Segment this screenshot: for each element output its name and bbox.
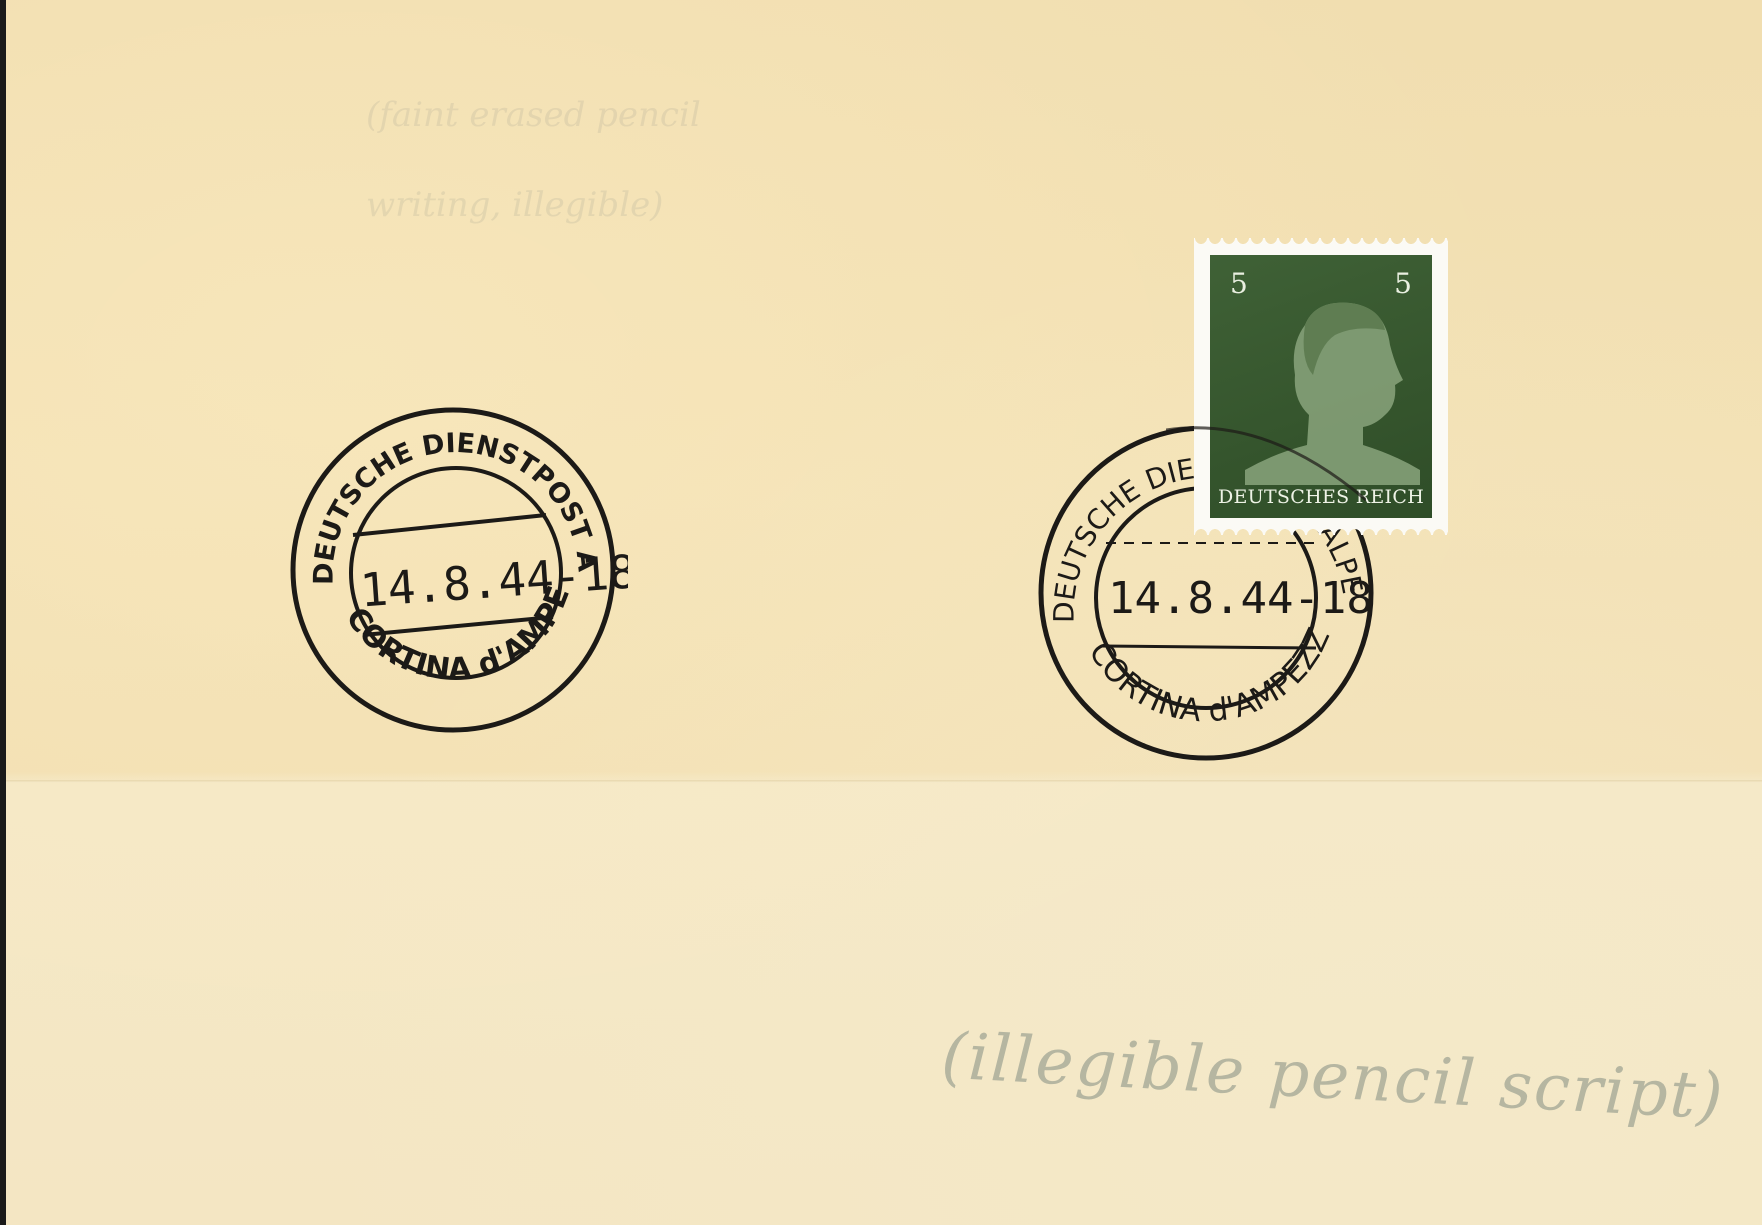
cancellation-lines: [1166, 420, 1366, 560]
postmark-right-date: 14.8.44-18: [1108, 573, 1373, 624]
postal-card: (faint erased pencil writing, illegible)…: [6, 0, 1762, 1225]
erased-pencil-note: (faint erased pencil writing, illegible): [366, 70, 846, 310]
postmark-left-date: 14.8.44-18: [358, 544, 628, 617]
pencil-handwriting: (illegible pencil script): [940, 1020, 1727, 1135]
postmark-left: DEUTSCHE DIENSTPOST ALPENVORLAND CORTINA…: [278, 395, 628, 745]
